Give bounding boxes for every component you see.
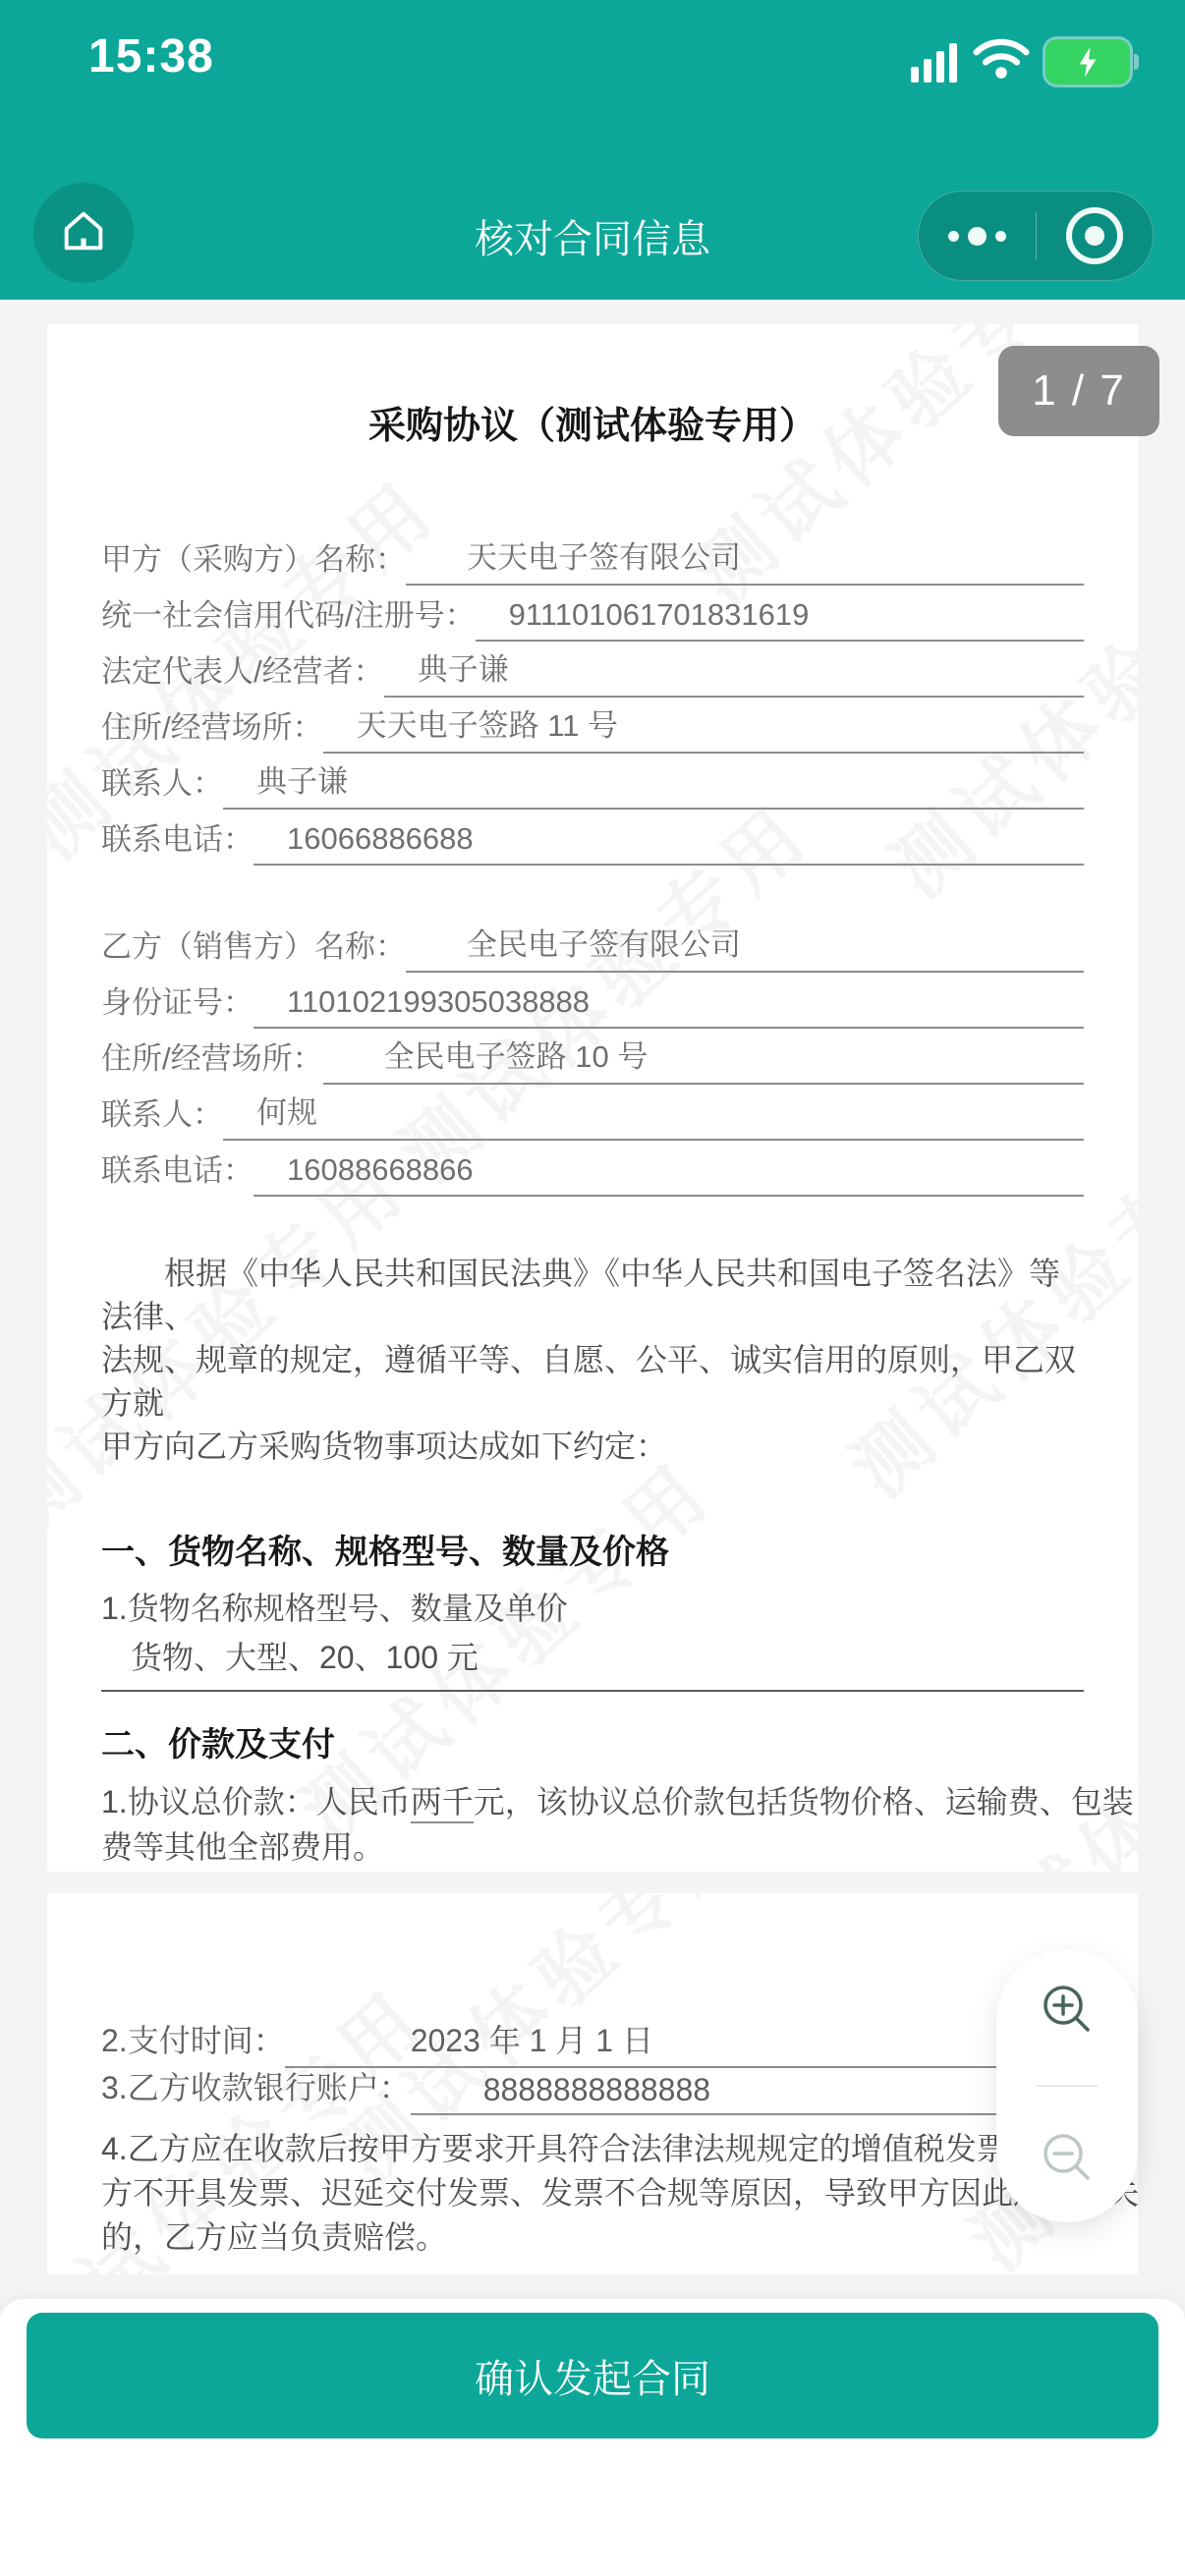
section-1-goods-value: 货物、大型、20、100 元 xyxy=(101,1633,1084,1692)
more-button[interactable] xyxy=(919,192,1036,280)
contract-preamble: 根据《中华人民共和国民法典》《中华人民共和国电子签名法》等法律、 法规、规章的规… xyxy=(101,1252,1084,1468)
clause-line: 4.乙方应在收款后按甲方要求开具符合法律法规规定的增值税发票，如乙 xyxy=(101,2127,1084,2171)
field-label: 联系电话： xyxy=(101,1146,254,1197)
section-2-line2: 费等其他全部费用。 xyxy=(101,1824,1084,1870)
field-row: 住所/经营场所： 全民电子签路 10 号 xyxy=(101,1029,1084,1085)
field-row: 联系人： 典子谦 xyxy=(101,754,1084,810)
field-value: 16088668866 xyxy=(254,1152,1084,1197)
field-row: 甲方（采购方）名称： 天天电子签有限公司 xyxy=(101,530,1084,586)
field-value: 16066886688 xyxy=(254,821,1084,866)
field-label: 2.支付时间： xyxy=(101,2016,285,2068)
party-b-fields: 乙方（销售方）名称： 全民电子签有限公司 身份证号： 1101021993050… xyxy=(101,917,1084,1197)
field-row: 联系电话： 16066886688 xyxy=(101,810,1084,866)
field-label: 住所/经营场所： xyxy=(101,702,323,754)
field-row: 住所/经营场所： 天天电子签路 11 号 xyxy=(101,698,1084,754)
field-row: 统一社会信用代码/注册号： 911101061701831619 xyxy=(101,586,1084,642)
app-bar: 15:38 xyxy=(0,0,1185,300)
field-value: 天天电子签有限公司 xyxy=(406,532,1084,586)
contract-page-2: 测试体验专用 测试体验专用 测试体验专用 2.支付时间： 2023 年 1 月 … xyxy=(47,1893,1138,2274)
field-label: 身份证号： xyxy=(101,978,254,1029)
field-label: 住所/经营场所： xyxy=(101,1034,323,1085)
field-value: 全民电子签有限公司 xyxy=(406,920,1084,973)
field-value: 911101061701831619 xyxy=(476,597,1084,642)
field-row: 联系人： 何规 xyxy=(101,1085,1084,1141)
field-label: 甲方（采购方）名称： xyxy=(101,534,406,586)
party-a-fields: 甲方（采购方）名称： 天天电子签有限公司 统一社会信用代码/注册号： 91110… xyxy=(101,530,1084,866)
zoom-out-button[interactable] xyxy=(1037,2127,1098,2193)
field-row: 联系电话： 16088668866 xyxy=(101,1141,1084,1197)
bank-account-row: 3.乙方收款银行账户： 8888888888888 xyxy=(101,2068,1084,2115)
field-value: 110102199305038888 xyxy=(254,984,1084,1029)
field-value: 典子谦 xyxy=(384,644,1084,698)
preamble-line: 根据《中华人民共和国民法典》《中华人民共和国电子签名法》等法律、 xyxy=(101,1252,1084,1338)
field-row: 法定代表人/经营者： 典子谦 xyxy=(101,642,1084,698)
more-dots-icon xyxy=(948,227,1006,246)
field-label: 3.乙方收款银行账户： xyxy=(101,2063,411,2115)
field-value: 何规 xyxy=(223,1088,1084,1141)
section-1-item: 1.货物名称规格型号、数量及单价 xyxy=(101,1587,1084,1631)
zoom-controls xyxy=(996,1949,1138,2222)
contract-page-1: 测试体验专用 测试体验专用 测试体验专用 测试体验专用 测试体验专用 测试体验专… xyxy=(47,324,1138,1872)
confirm-initiate-contract-button[interactable]: 确认发起合同 xyxy=(27,2313,1158,2438)
clause-line: 的，乙方应当负责赔偿。 xyxy=(101,2215,1084,2260)
field-label: 联系人： xyxy=(101,1090,223,1141)
zoom-divider xyxy=(1037,2085,1098,2087)
section-1-heading: 一、货物名称、规格型号、数量及价格 xyxy=(101,1525,1084,1573)
page-indicator-badge: 1 / 7 xyxy=(998,346,1159,436)
target-circle-icon xyxy=(1066,207,1123,264)
clause-line: 方不开具发票、迟延交付发票、发票不合规等原因，导致甲方因此遭受损失 xyxy=(101,2171,1084,2215)
field-value: 2023 年 1 月 1 日 xyxy=(285,2016,1084,2068)
preamble-line: 法规、规章的规定，遵循平等、自愿、公平、诚实信用的原则，甲乙双方就 xyxy=(101,1338,1084,1425)
section-2-line1: 1.协议总价款：人民币两千元，该协议总价款包括货物价格、运输费、包装 xyxy=(101,1779,1084,1824)
section-2-heading: 二、价款及支付 xyxy=(101,1717,1084,1765)
status-time: 15:38 xyxy=(88,29,214,84)
zoom-in-button[interactable] xyxy=(1037,1979,1098,2044)
preamble-line: 甲方向乙方采购货物事项达成如下约定： xyxy=(101,1425,1084,1468)
contract-title: 采购协议（测试体验专用） xyxy=(101,324,1084,449)
payment-time-row: 2.支付时间： 2023 年 1 月 1 日 xyxy=(101,2021,1084,2068)
mini-program-screen: 15:38 xyxy=(0,0,1185,2576)
battery-charging-icon xyxy=(1045,39,1130,84)
field-value: 8888888888888 xyxy=(411,2072,1084,2115)
field-value: 全民电子签路 10 号 xyxy=(323,1032,1084,1085)
invoice-clause: 4.乙方应在收款后按甲方要求开具符合法律法规规定的增值税发票，如乙 方不开具发票… xyxy=(101,2127,1084,2260)
status-icons xyxy=(911,37,1130,85)
field-label: 联系人： xyxy=(101,758,223,810)
field-label: 统一社会信用代码/注册号： xyxy=(101,590,476,642)
close-minimize-button[interactable] xyxy=(1037,192,1154,280)
wifi-icon xyxy=(973,37,1030,85)
field-row: 乙方（销售方）名称： 全民电子签有限公司 xyxy=(101,917,1084,973)
cellular-signal-icon xyxy=(911,41,957,83)
field-label: 乙方（销售方）名称： xyxy=(101,922,406,973)
field-label: 联系电话： xyxy=(101,814,254,866)
field-value: 天天电子签路 11 号 xyxy=(323,700,1084,754)
field-row: 身份证号： 110102199305038888 xyxy=(101,973,1084,1029)
field-label: 法定代表人/经营者： xyxy=(101,646,384,698)
field-value: 典子谦 xyxy=(223,756,1084,810)
underlined-amount: 两千 xyxy=(411,1784,474,1823)
section-2-body: 1.协议总价款：人民币两千元，该协议总价款包括货物价格、运输费、包装 费等其他全… xyxy=(101,1779,1084,1870)
bottom-action-bar: 确认发起合同 xyxy=(0,2299,1185,2576)
mini-program-capsule xyxy=(918,191,1154,281)
